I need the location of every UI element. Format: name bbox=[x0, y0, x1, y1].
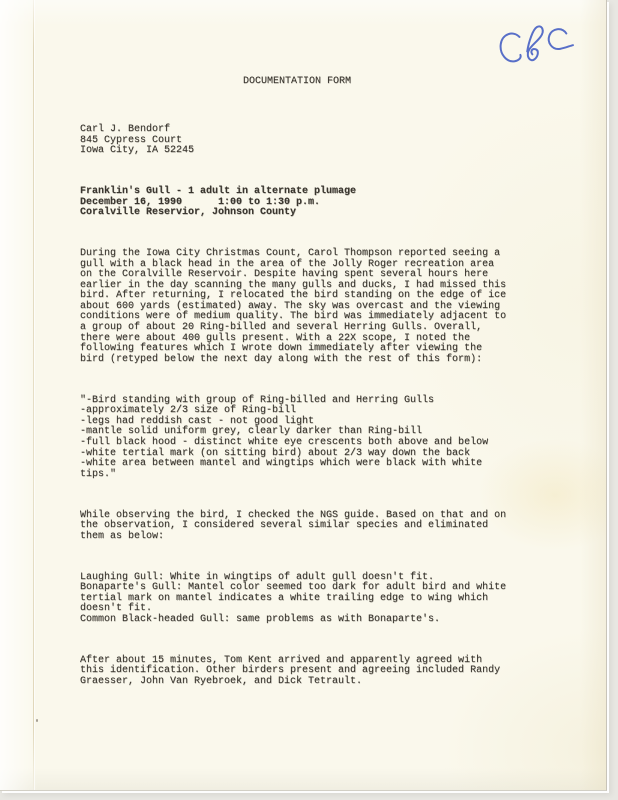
paper-sheet: DOCUMENTATION FORM Carl J. Bendorf 845 C… bbox=[0, 0, 607, 791]
page-fold-line bbox=[33, 0, 34, 790]
paper-speck bbox=[36, 719, 38, 722]
pen-stroke-letter-c2 bbox=[548, 28, 573, 49]
pen-stroke-letter-b bbox=[526, 26, 544, 60]
sender-address: Carl J. Bendorf 845 Cypress Court Iowa C… bbox=[80, 125, 506, 157]
scanned-document: DOCUMENTATION FORM Carl J. Bendorf 845 C… bbox=[0, 0, 618, 800]
field-notes-quote: "-Bird standing with group of Ring-bille… bbox=[80, 396, 506, 481]
narrative-paragraph-1: During the Iowa City Christmas Count, Ca… bbox=[80, 249, 506, 366]
sighting-header: Franklin's Gull - 1 adult in alternate p… bbox=[80, 187, 506, 219]
species-elimination-list: Laughing Gull: White in wingtips of adul… bbox=[80, 573, 506, 626]
pen-ink-svg bbox=[495, 21, 581, 73]
document-title: DOCUMENTATION FORM bbox=[243, 77, 506, 88]
typed-document-body: DOCUMENTATION FORM Carl J. Bendorf 845 C… bbox=[80, 56, 506, 718]
closing-paragraph: After about 15 minutes, Tom Kent arrived… bbox=[80, 656, 506, 688]
narrative-paragraph-2: While observing the bird, I checked the … bbox=[80, 511, 506, 543]
handwritten-cbc-annotation bbox=[495, 21, 581, 73]
pen-stroke-letter-c1 bbox=[500, 33, 521, 62]
